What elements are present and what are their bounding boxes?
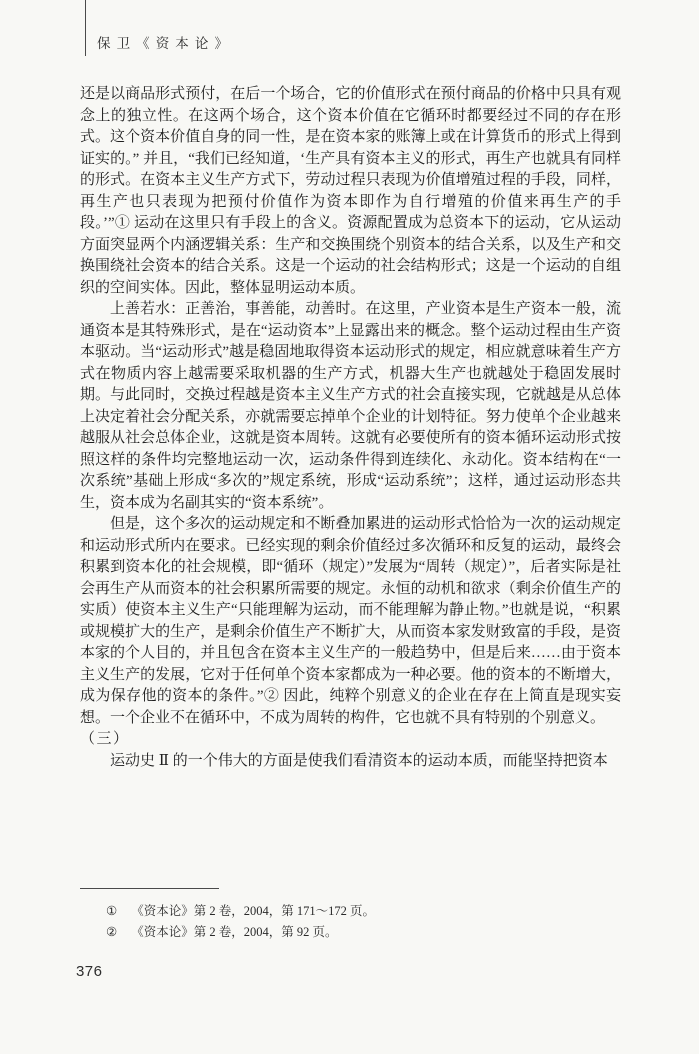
body-paragraph: 但是，这个多次的运动规定和不断叠加累进的运动形式恰恰为一次的运动规定和运动形式所… [80, 514, 621, 729]
page-number: 376 [76, 963, 102, 980]
running-header: 保卫《资本论》 [85, 0, 234, 56]
body-paragraph: 上善若水：正善治，事善能，动善时。在这里，产业资本是生产资本一般，流通资本是其特… [80, 299, 621, 514]
running-header-title: 保卫《资本论》 [97, 32, 234, 52]
body-text: 还是以商品形式预付，在后一个场合，它的价值形式在预付商品的价格中只具有观念上的独… [80, 84, 621, 772]
footnote-item: ②《资本论》第 2 卷，2004，第 92 页。 [80, 922, 621, 943]
footnote-text: 《资本论》第 2 卷，2004，第 171～172 页。 [131, 904, 375, 918]
book-page: 保卫《资本论》 还是以商品形式预付，在后一个场合，它的价值形式在预付商品的价格中… [0, 0, 699, 1054]
footnote-divider [80, 888, 219, 889]
footnote-text: 《资本论》第 2 卷，2004，第 92 页。 [131, 925, 337, 939]
section-heading: （三） [80, 729, 621, 751]
footnote-block: ①《资本论》第 2 卷，2004，第 171～172 页。 ②《资本论》第 2 … [80, 888, 621, 943]
footnote-item: ①《资本论》第 2 卷，2004，第 171～172 页。 [80, 901, 621, 922]
body-paragraph: 运动史 Ⅱ 的一个伟大的方面是使我们看清资本的运动本质，而能坚持把资本 [80, 751, 621, 773]
footnote-marker: ① [106, 901, 117, 922]
footnote-marker: ② [106, 922, 117, 943]
body-paragraph: 还是以商品形式预付，在后一个场合，它的价值形式在预付商品的价格中只具有观念上的独… [80, 84, 621, 299]
